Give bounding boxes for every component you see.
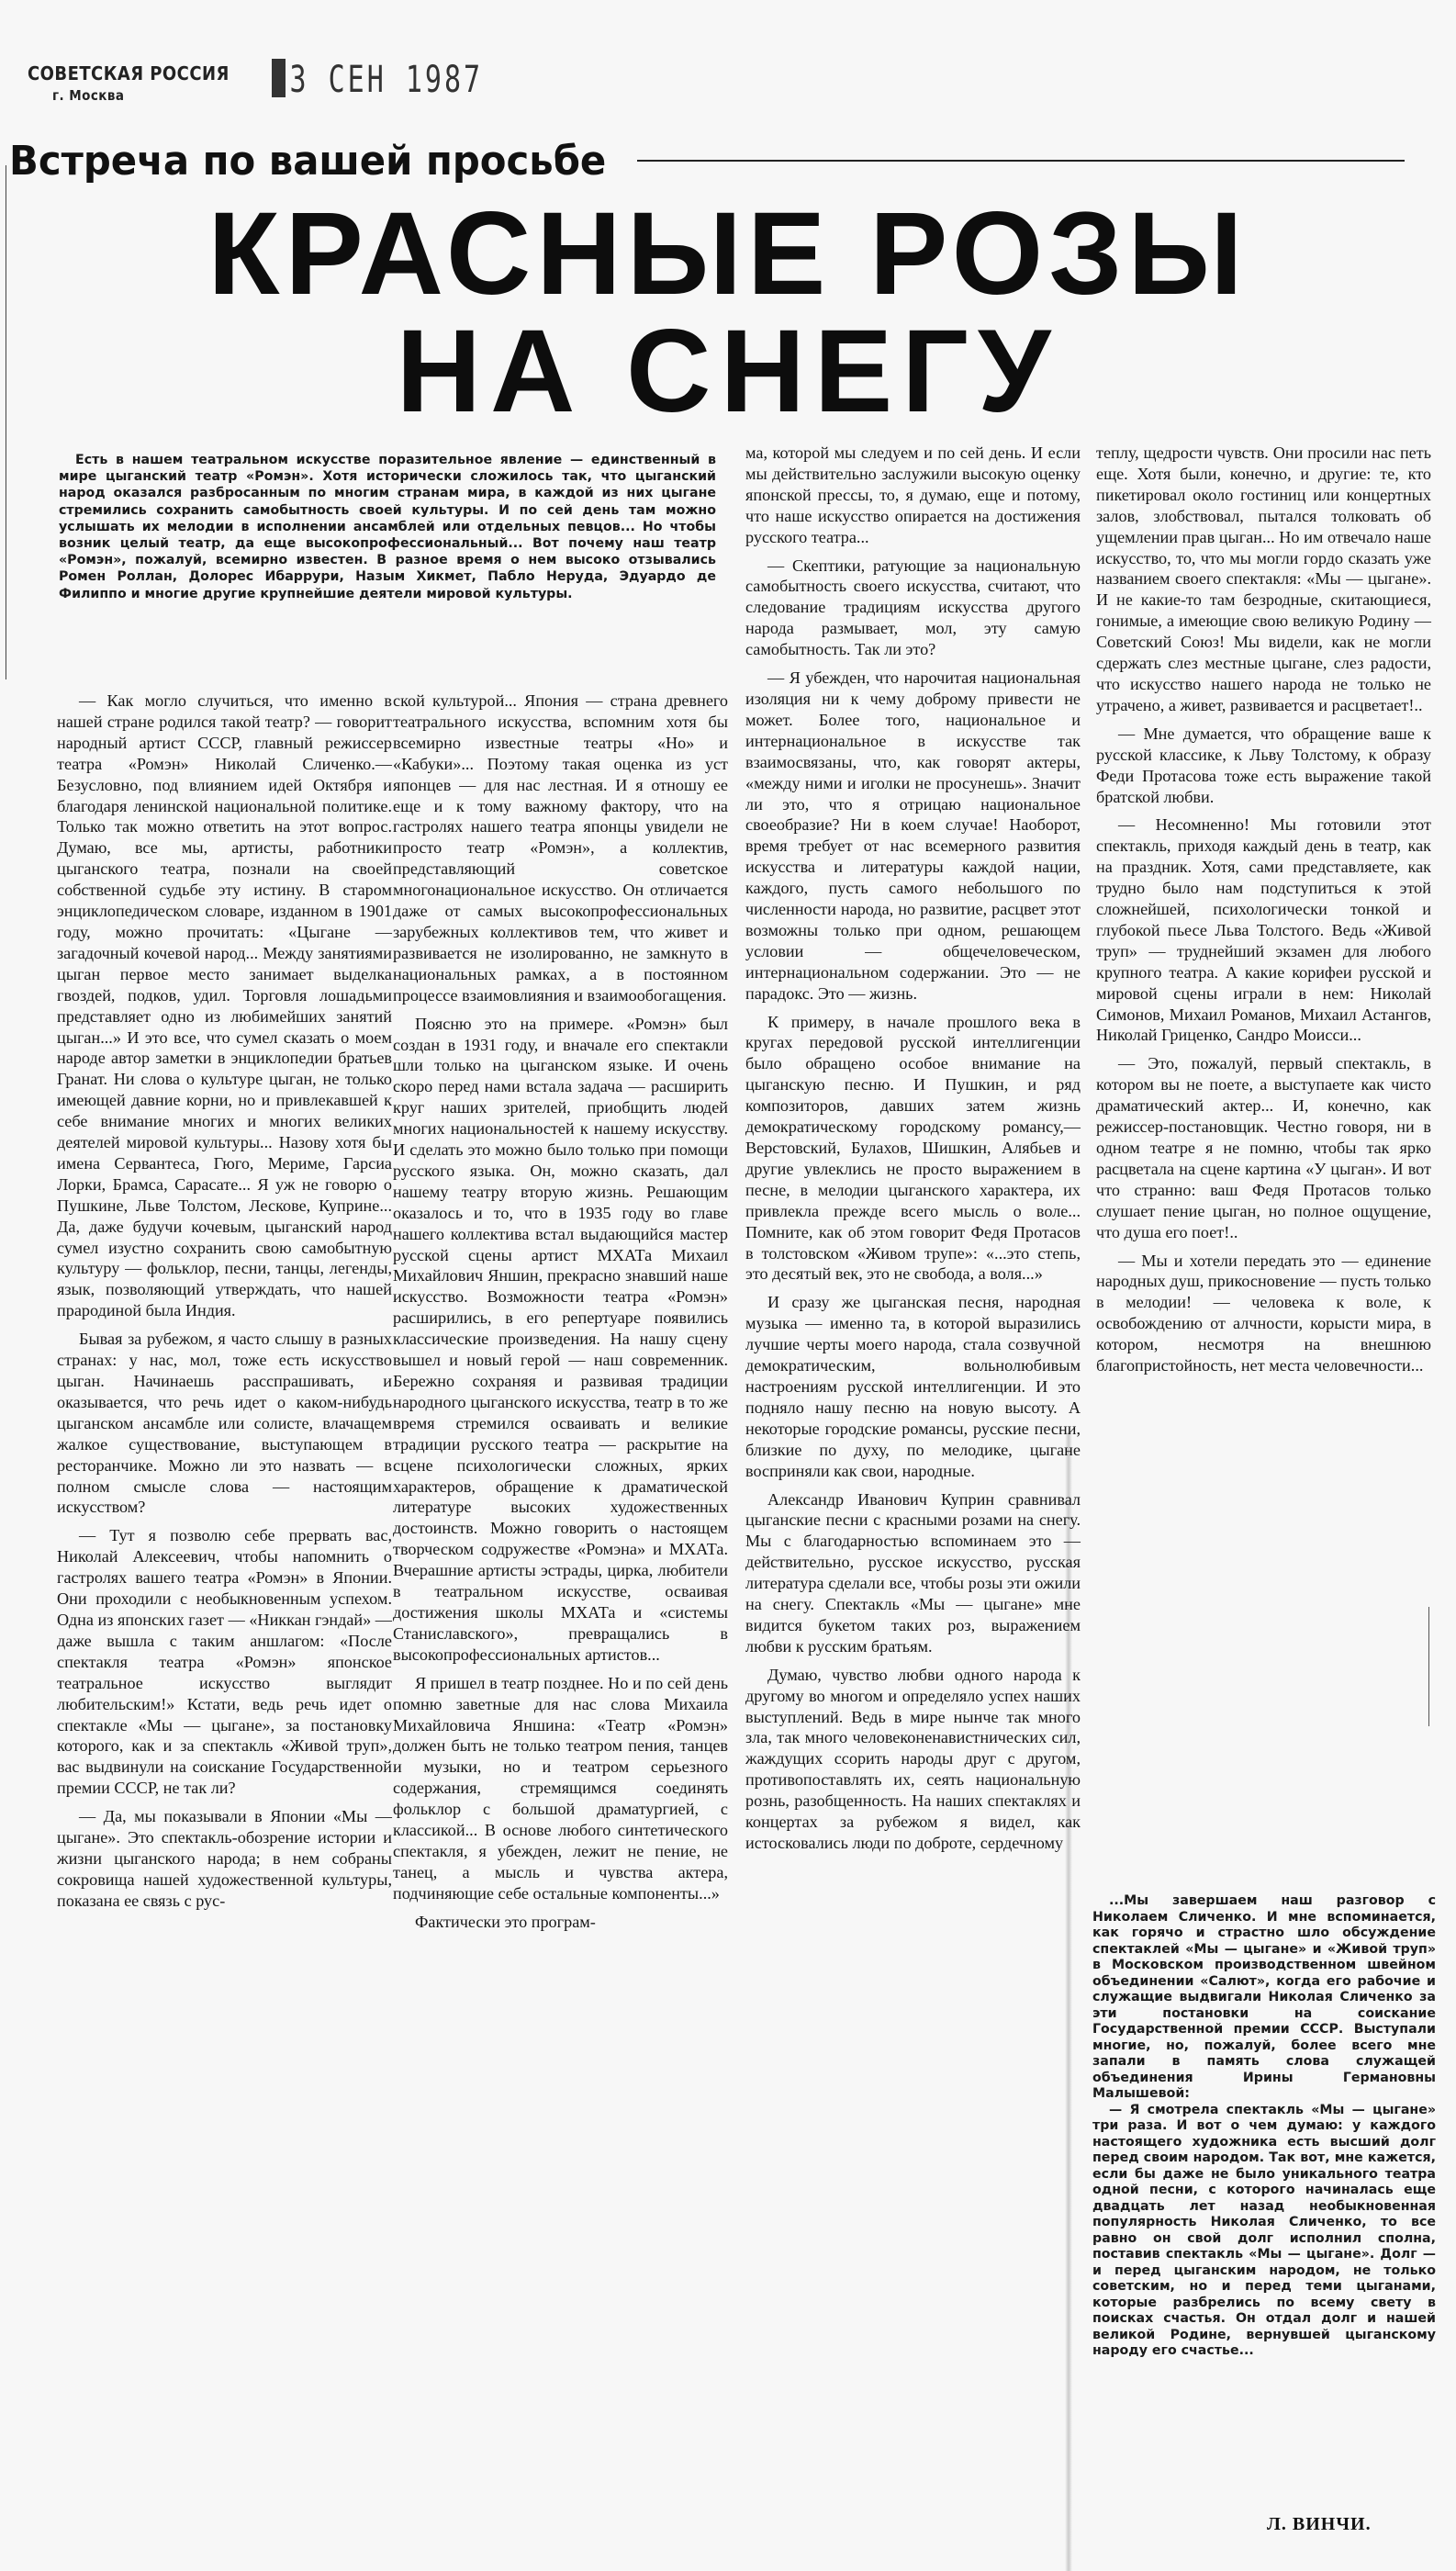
headline-line-2: НА СНЕГУ xyxy=(0,312,1456,432)
paragraph: ма, которой мы следуем и по сей день. И … xyxy=(745,443,1081,548)
paragraph: Бывая за рубежом, я часто слышу в разных… xyxy=(57,1329,392,1518)
lede-paragraph: Есть в нашем театральном искусстве пораз… xyxy=(59,452,716,602)
date-stamp-text: 3 СЕН 1987 xyxy=(290,59,484,101)
article-column-2: ской культурой... Япония — страна древне… xyxy=(393,690,728,1940)
publication-name: СОВЕТСКАЯ РОССИЯ xyxy=(28,62,230,84)
paragraph: — Тут я позволю себе прервать вас, Никол… xyxy=(57,1525,392,1799)
rubric: Встреча по вашей просьбе xyxy=(9,138,1405,184)
article-column-1: — Как могло случиться, что именно в наше… xyxy=(57,690,392,1919)
paragraph: — Это, пожалуй, первый спектакль, в кото… xyxy=(1096,1053,1431,1242)
paragraph: — Несомненно! Мы готовили этот спектакль… xyxy=(1096,814,1431,1046)
paragraph: Поясню это на примере. «Ромэн» был созда… xyxy=(393,1014,728,1666)
stamp-mark-icon xyxy=(272,59,286,97)
rubric-rule xyxy=(637,160,1405,162)
paragraph: Александр Иванович Куприн сравнивал цыга… xyxy=(745,1489,1081,1657)
headline-line-1: КРАСНЫЕ РОЗЫ xyxy=(0,195,1456,314)
paragraph: Фактически это програм- xyxy=(393,1912,728,1933)
paragraph: К примеру, в начале прошлого века в круг… xyxy=(745,1012,1081,1285)
afterword-paragraph: ...Мы завершаем наш разговор с Николаем … xyxy=(1092,1893,1436,2103)
author-signature: Л. ВИНЧИ. xyxy=(1267,2514,1372,2535)
paragraph: — Да, мы показывали в Японии «Мы — цыган… xyxy=(57,1806,392,1912)
margin-mark xyxy=(1428,1607,1429,1726)
paragraph: Я пришел в театр позднее. Но и по сей де… xyxy=(393,1673,728,1904)
paragraph: Думаю, чувство любви одного народа к дру… xyxy=(745,1665,1081,1854)
article-column-4: теплу, щедрости чувств. Они просили нас … xyxy=(1096,443,1431,1384)
paragraph: — Как могло случиться, что именно в наше… xyxy=(57,690,392,1321)
afterword-paragraph: — Я смотрела спектакль «Мы — цыгане» три… xyxy=(1092,2103,1436,2360)
paragraph: — Скептики, ратующие за национальную сам… xyxy=(745,556,1081,661)
paragraph: теплу, щедрости чувств. Они просили нас … xyxy=(1096,443,1431,716)
paragraph: — Я убежден, что нарочитая национальная … xyxy=(745,668,1081,1005)
article-column-3: ма, которой мы следуем и по сей день. И … xyxy=(745,443,1081,1861)
paragraph: — Мне думается, что обращение ваше к рус… xyxy=(1096,724,1431,808)
paragraph: И сразу же цыганская песня, народная муз… xyxy=(745,1292,1081,1481)
rubric-title: Встреча по вашей просьбе xyxy=(9,138,606,185)
afterword: ...Мы завершаем наш разговор с Николаем … xyxy=(1092,1893,1436,2360)
masthead: СОВЕТСКАЯ РОССИЯ г. Москва xyxy=(28,62,230,107)
date-stamp: 3 СЕН 1987 xyxy=(272,59,483,101)
paragraph: ской культурой... Япония — страна древне… xyxy=(393,690,728,1006)
publication-city: г. Москва xyxy=(28,84,230,107)
paper-fold-shadow xyxy=(1065,1432,1072,2571)
paragraph: — Мы и хотели передать это — единение на… xyxy=(1096,1251,1431,1376)
